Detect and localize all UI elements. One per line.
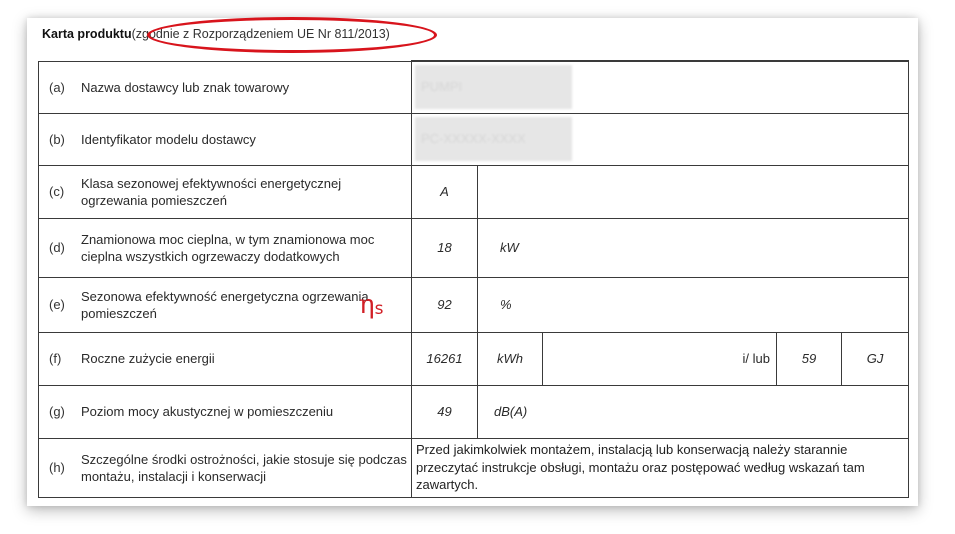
eta-s-symbol: ηs: [359, 292, 383, 321]
highlight-ellipse: [147, 17, 437, 53]
rated-heat-output-unit: kW: [478, 218, 909, 277]
row-label: (d)Znamionowa moc cieplna, w tym znamion…: [39, 218, 412, 277]
annual-energy-kwh-value: 16261: [412, 332, 478, 385]
row-label-text: Szczególne środki ostrożności, jakie sto…: [81, 451, 411, 485]
seasonal-efficiency-value: 92: [412, 277, 478, 332]
redacted-supplier-name: PUMPI: [415, 65, 572, 109]
sound-power-value: 49: [412, 385, 478, 438]
title-bold: Karta produktu: [42, 27, 132, 41]
row-letter: (d): [39, 240, 81, 255]
redacted-model-id: PC-XXXXX-XXXX: [415, 117, 572, 161]
row-label: (f)Roczne zużycie energii: [39, 332, 412, 385]
table-row: (c)Klasa sezonowej efektywności energety…: [39, 165, 909, 218]
table-row: (d)Znamionowa moc cieplna, w tym znamion…: [39, 218, 909, 277]
supplier-name-cell: PUMPI: [412, 61, 909, 113]
row-label-text: Znamionowa moc cieplna, w tym znamionowa…: [81, 231, 411, 265]
product-card-table: (a)Nazwa dostawcy lub znak towarowy PUMP…: [38, 60, 909, 498]
row-label-text: Identyfikator modelu dostawcy: [81, 131, 256, 148]
annual-energy-gj-unit: GJ: [842, 332, 909, 385]
table-row: (a)Nazwa dostawcy lub znak towarowy PUMP…: [39, 61, 909, 113]
seasonal-efficiency-unit: %: [478, 277, 909, 332]
rated-heat-output-value: 18: [412, 218, 478, 277]
sound-power-unit: dB(A): [478, 385, 909, 438]
row-letter: (e): [39, 297, 81, 312]
annual-energy-kwh-unit: kWh: [478, 332, 543, 385]
row-label-text: Roczne zużycie energii: [81, 350, 215, 367]
row-label: (e)Sezonowa efektywność energetyczna ogr…: [39, 277, 412, 332]
row-letter: (g): [39, 404, 81, 419]
table-row: (e)Sezonowa efektywność energetyczna ogr…: [39, 277, 909, 332]
row-letter: (c): [39, 184, 81, 199]
row-label: (h)Szczególne środki ostrożności, jakie …: [39, 438, 412, 497]
table-row: (h)Szczególne środki ostrożności, jakie …: [39, 438, 909, 497]
model-id-cell: PC-XXXXX-XXXX: [412, 113, 909, 165]
row-label: (g)Poziom mocy akustycznej w pomieszczen…: [39, 385, 412, 438]
row-letter: (b): [39, 132, 81, 147]
table-row: (g)Poziom mocy akustycznej w pomieszczen…: [39, 385, 909, 438]
table-row: (b)Identyfikator modelu dostawcy PC-XXXX…: [39, 113, 909, 165]
row-label-text: Poziom mocy akustycznej w pomieszczeniu: [81, 403, 333, 420]
row-label: (a)Nazwa dostawcy lub znak towarowy: [39, 61, 412, 113]
annual-energy-gj-value: 59: [777, 332, 842, 385]
row-letter: (h): [39, 460, 81, 475]
empty-cell: [478, 165, 909, 218]
row-label-text: Klasa sezonowej efektywności energetyczn…: [81, 175, 411, 209]
row-label-text: Nazwa dostawcy lub znak towarowy: [81, 79, 289, 96]
and-or-connector: i/ lub: [543, 332, 777, 385]
eta-icon: η: [359, 290, 375, 320]
efficiency-class-value: A: [412, 165, 478, 218]
table-row: (f)Roczne zużycie energii 16261 kWh i/ l…: [39, 332, 909, 385]
row-letter: (f): [39, 351, 81, 366]
row-letter: (a): [39, 80, 81, 95]
eta-subscript: s: [375, 299, 384, 319]
row-label: (b)Identyfikator modelu dostawcy: [39, 113, 412, 165]
precautions-text: Przed jakimkolwiek montażem, instalacją …: [412, 438, 909, 497]
row-label: (c)Klasa sezonowej efektywności energety…: [39, 165, 412, 218]
